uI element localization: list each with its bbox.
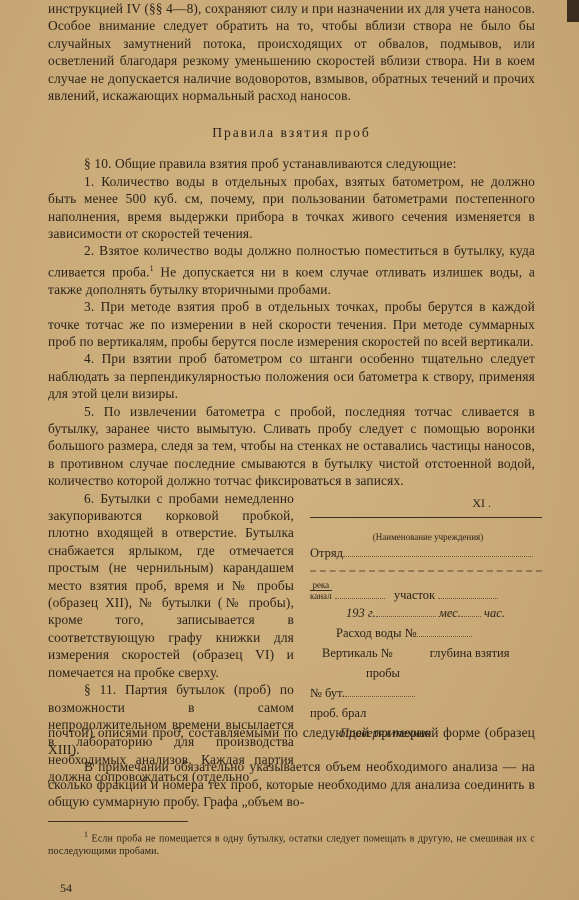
section-field (438, 588, 498, 599)
form-sample-number: XI . (310, 496, 546, 511)
rule-item-6: 6. Бутылки с пробами немедленно закупори… (48, 490, 294, 681)
footnote-rule (48, 821, 188, 822)
page-number: 54 (60, 881, 72, 896)
form-depth-row-2: пробы (310, 666, 546, 686)
rule-item-5: 5. По извлечении батометра с пробой, пос… (48, 403, 535, 490)
paragraph-10: § 10. Общие правила взятия проб устанавл… (48, 155, 535, 172)
form-detachment-row: Отряд (310, 546, 546, 566)
form-wavy-rule (310, 570, 542, 572)
two-column-block: 6. Бутылки с пробами немедленно закупори… (48, 490, 535, 724)
form-date-row: 193 г. мес. час. (310, 606, 546, 626)
rule-item-2: 2. Взятое количество воды должно полност… (48, 242, 535, 298)
form-institution-caption: (Наименование учреждения) (310, 532, 546, 542)
form-bottle-row: № бут. (310, 686, 546, 706)
sample-label-form: XI . (Наименование учреждения) Отряд рек… (310, 496, 546, 746)
rule-item-1: 1. Количество воды в отдельных пробах, в… (48, 173, 535, 243)
form-checked-row: Проверял техник (310, 726, 546, 746)
section-title: Правила взятия проб (48, 124, 535, 141)
footnote: 1 Если проба не помещается в одну бутылк… (48, 828, 535, 858)
document-page: инструкцией IV (§§ 4—8), сохраняют силу … (48, 0, 535, 858)
page-edge-shadow (567, 0, 579, 22)
detachment-field (343, 546, 533, 557)
rule-item-3: 3. При методе взятия проб в отдельных то… (48, 298, 535, 350)
left-column: 6. Бутылки с пробами немедленно закупори… (48, 490, 294, 786)
form-vertical-row: Вертикаль № глубина взятия (310, 646, 546, 666)
river-canal-label: рекаканал (310, 580, 332, 601)
rule-item-4: 4. При взятии проб батометром со штанги … (48, 350, 535, 402)
form-discharge-row: Расход воды № (310, 626, 546, 646)
form-river-row: рекаканал участок (310, 580, 546, 606)
paragraph-11: § 11. Партия бутылок (проб) по возможнос… (48, 681, 294, 785)
intro-paragraph: инструкцией IV (§§ 4—8), сохраняют силу … (48, 0, 535, 104)
form-top-rule (310, 517, 542, 518)
form-sampler-row: проб. брал (310, 706, 546, 726)
